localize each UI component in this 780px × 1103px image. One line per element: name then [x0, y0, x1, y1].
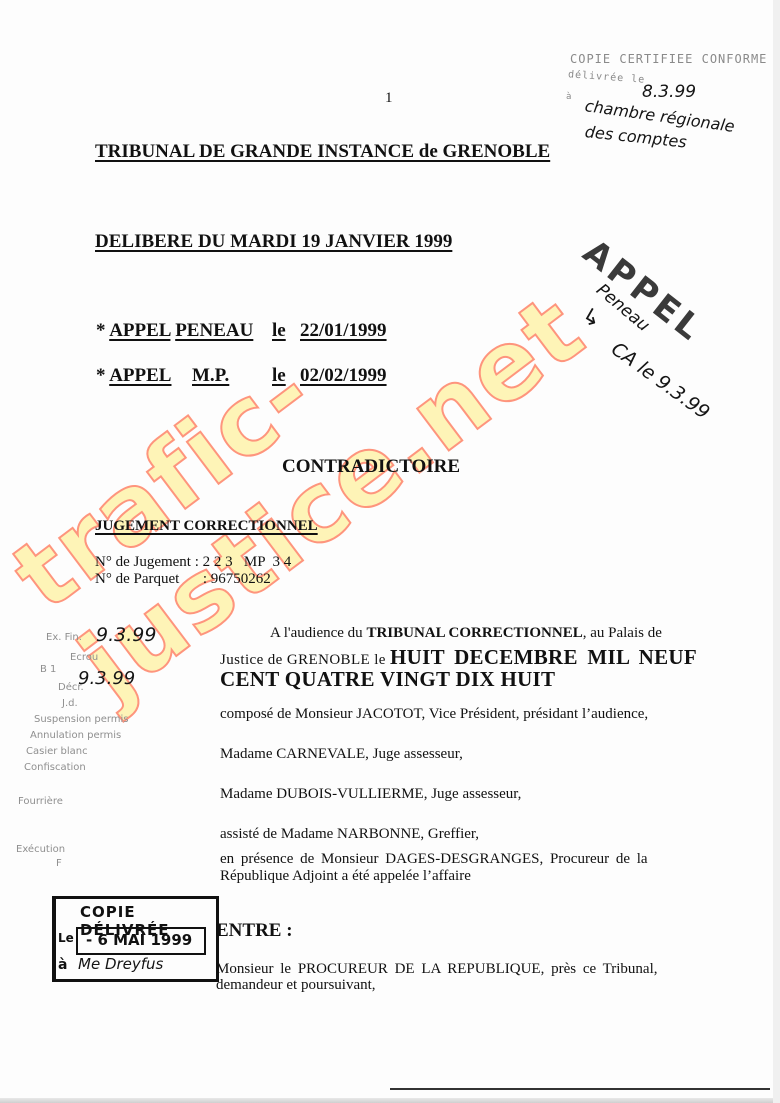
- scan-right-edge: [773, 0, 780, 1103]
- composition-president: composé de Monsieur JACOTOT, Vice Présid…: [220, 706, 648, 723]
- appel-annotation-note: CA le 9.3.99: [607, 338, 714, 424]
- copy-delivered-le-label: Le: [58, 931, 74, 945]
- presence-line-1: en présence de Monsieur DAGES-DESGRANGES…: [220, 851, 648, 868]
- copy-delivered-to-label: à: [58, 957, 67, 973]
- margin-stamp-handwritten-date: 9.3.99: [78, 668, 135, 689]
- margin-stamp-line: Décr.: [58, 682, 84, 693]
- audience-date-part-1: HUIT DECEMBRE MIL NEUF: [390, 645, 697, 669]
- margin-stamp-line: Ex. Fin.: [46, 632, 82, 643]
- judgment-number-value: : 2 2 3 MP 3 4: [195, 554, 292, 570]
- audience-palais: , au Palais de: [583, 625, 662, 641]
- scan-bottom-edge: [0, 1098, 780, 1103]
- contradictoire-heading: CONTRADICTOIRE: [282, 456, 460, 478]
- margin-stamp-line: Annulation permis: [30, 730, 121, 741]
- appeal-type: APPEL: [109, 320, 170, 341]
- parquet-number: N° de Parquet : 96750262: [95, 571, 271, 588]
- appeal-party: PENEAU: [175, 320, 253, 341]
- scanned-document-page: trafic-justice.net 1 COPIE CERTIFIEE CON…: [0, 0, 780, 1103]
- scan-artifact-line: [390, 1088, 770, 1090]
- certified-copy-stamp: COPIE CERTIFIEE CONFORME: [570, 52, 767, 66]
- margin-stamp-line: B 1: [40, 664, 56, 675]
- margin-stamp-handwritten-date: 9.3.99: [96, 624, 156, 646]
- certified-copy-delivered-label: délivrée le: [568, 69, 646, 85]
- audience-tribunal: TRIBUNAL CORRECTIONNEL: [366, 625, 582, 641]
- entre-line-2: demandeur et poursuivant,: [216, 977, 376, 994]
- judgment-type: JUGEMENT CORRECTIONNEL: [95, 518, 318, 535]
- copy-delivered-date-box: - 6 MAI 1999: [76, 927, 206, 955]
- court-title: TRIBUNAL DE GRANDE INSTANCE de GRENOBLE: [95, 141, 550, 163]
- margin-stamp-line: Confiscation: [24, 762, 86, 773]
- audience-date-part-2: CENT QUATRE VINGT DIX HUIT: [220, 667, 555, 692]
- appeal-party: M.P.: [192, 365, 229, 387]
- margin-stamp-line: F: [56, 858, 62, 869]
- margin-stamp-line: Suspension permis: [34, 714, 129, 725]
- appeal-date: 22/01/1999: [300, 320, 387, 342]
- copy-delivered-date: - 6 MAI 1999: [86, 931, 192, 949]
- certified-copy-date: 8.3.99: [642, 82, 696, 102]
- audience-line-1: A l'audience du TRIBUNAL CORRECTIONNEL, …: [270, 625, 662, 642]
- appeal-bullet: *: [96, 365, 106, 386]
- appeal-type: APPEL: [109, 365, 171, 386]
- margin-stamp-line: J.d.: [62, 698, 78, 709]
- page-number: 1: [385, 90, 393, 107]
- judgment-number-label: N° de Jugement: [95, 554, 191, 570]
- audience-justice: Justice de GRENOBLE le: [220, 652, 390, 668]
- composition-assessor-1: Madame CARNEVALE, Juge assesseur,: [220, 746, 463, 763]
- judgment-number: N° de Jugement : 2 2 3 MP 3 4: [95, 554, 291, 571]
- composition-clerk: assisté de Madame NARBONNE, Greffier,: [220, 826, 479, 843]
- appeal-date: 02/02/1999: [300, 365, 387, 387]
- appeal-row: * APPEL PENEAU: [96, 320, 253, 342]
- copy-delivered-recipient: Me Dreyfus: [78, 955, 163, 973]
- appeal-row: * APPEL: [96, 365, 171, 387]
- appeal-le: le: [272, 320, 286, 342]
- copy-delivered-stamp: COPIE DÉLIVRÉE Le - 6 MAI 1999 à Me Drey…: [52, 896, 219, 982]
- appeal-bullet: *: [96, 320, 106, 341]
- deliberation-date: DELIBERE DU MARDI 19 JANVIER 1999: [95, 231, 452, 253]
- certified-copy-to-label: à: [566, 92, 572, 102]
- composition-assessor-2: Madame DUBOIS-VULLIERME, Juge assesseur,: [220, 786, 521, 803]
- presence-line-2: République Adjoint a été appelée l’affai…: [220, 868, 471, 885]
- margin-stamp-line: Ecrou: [70, 652, 98, 663]
- parquet-number-label: N° de Parquet: [95, 571, 179, 587]
- entre-heading: ENTRE :: [216, 920, 293, 942]
- appeal-le: le: [272, 365, 286, 387]
- margin-stamp-line: Exécution: [16, 844, 65, 855]
- parquet-number-value: : 96750262: [203, 571, 271, 587]
- margin-stamp-line: Fourrière: [18, 796, 63, 807]
- entre-line-1: Monsieur le PROCUREUR DE LA REPUBLIQUE, …: [216, 961, 658, 978]
- margin-stamp-line: Casier blanc: [26, 746, 88, 757]
- audience-intro: A l'audience du: [270, 625, 366, 641]
